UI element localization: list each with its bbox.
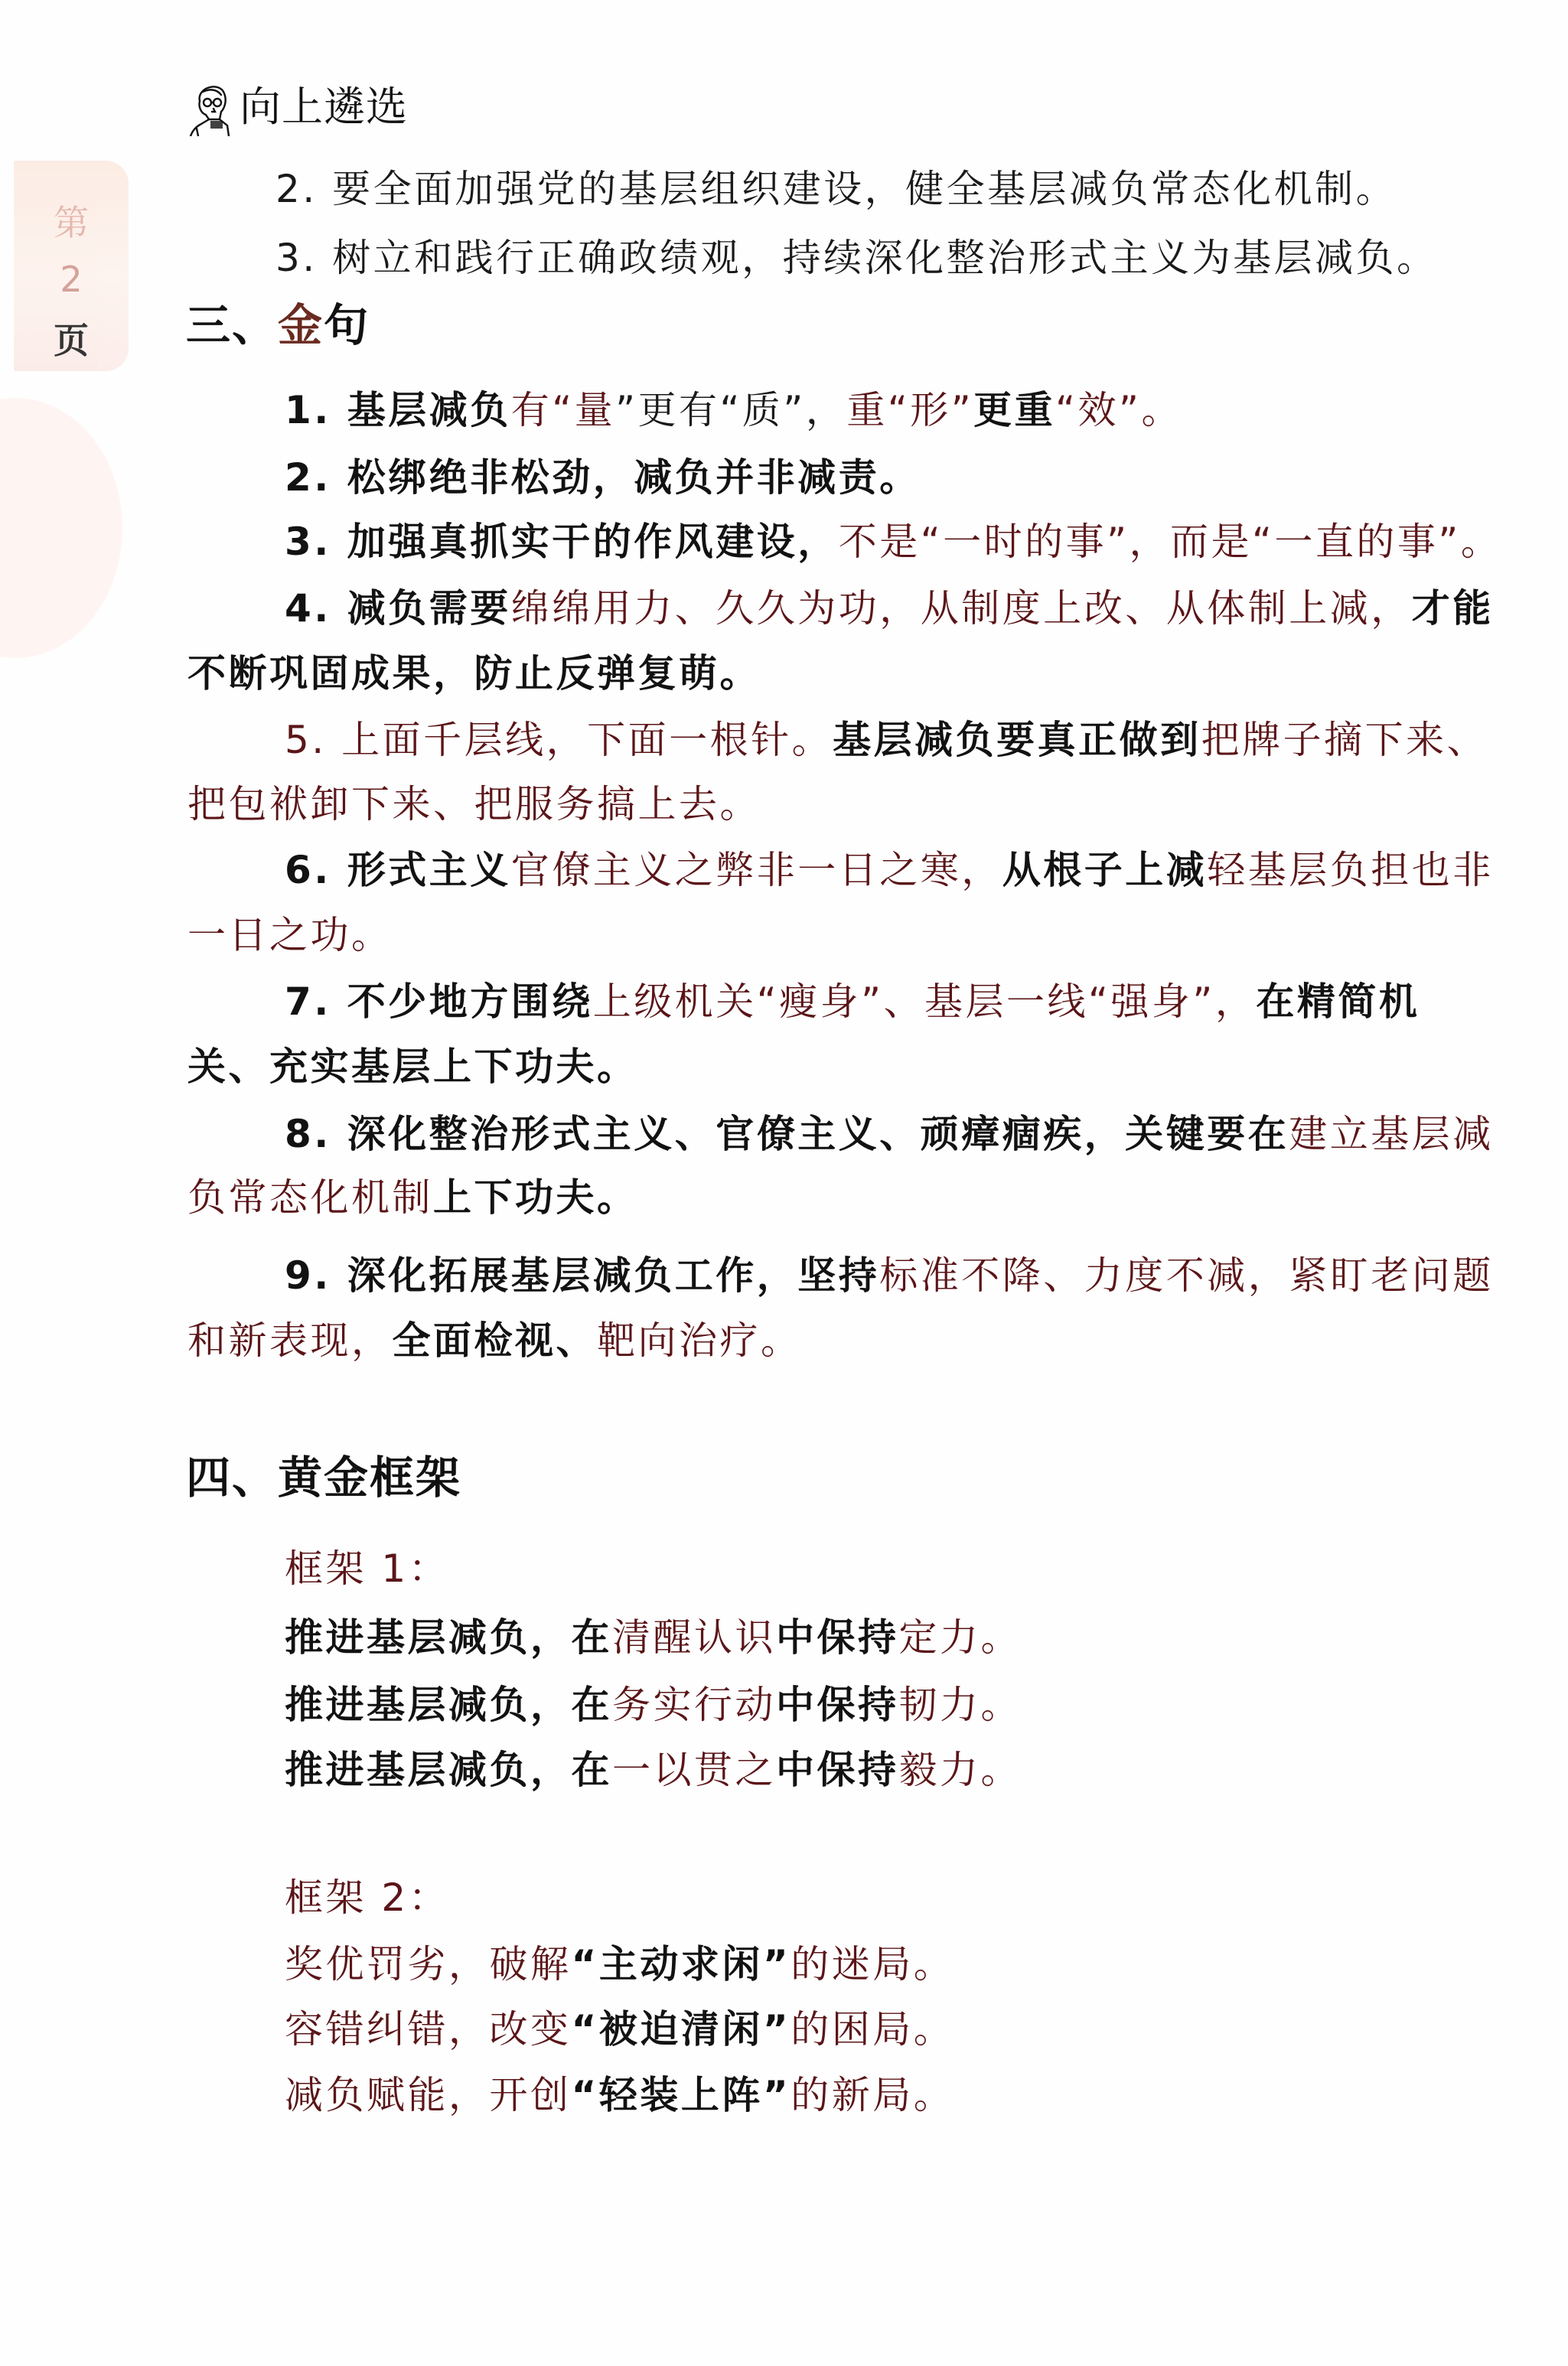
highlighted-text: 负常态化机制 (187, 1175, 433, 1220)
highlighted-text: 把包袱卸下来、把服务搞上去。 (187, 782, 761, 826)
text-segment: 推进基层减负，在 (285, 1683, 612, 1727)
highlighted-text: 的新局。 (791, 2073, 954, 2117)
text-segment: 2. 松绑绝非松劲，减负并非减责。 (285, 455, 921, 500)
text-segment: 全面检视、 (393, 1318, 598, 1363)
highlighted-text: 上级机关“瘦身”、基层一线“强身”， (593, 979, 1257, 1024)
golden-sentence-line: 7. 不少地方围绕上级机关“瘦身”、基层一线“强身”，在精简机 (285, 979, 1420, 1025)
golden-sentence-line: 2. 松绑绝非松劲，减负并非减责。 (285, 455, 921, 500)
highlighted-text: 容错纠错，改变 (285, 2007, 572, 2052)
text-segment: 9. 深化拓展基层减负工作，坚持 (285, 1253, 879, 1298)
intro-item: 3. 树立和践行正确政绩观，持续深化整治形式主义为基层减负。 (275, 235, 1438, 281)
page-number-tab: 第 2 页 (14, 161, 129, 371)
section-title-prefix: 三、 (186, 299, 278, 351)
section-title-golden-sentences: 三、金句 (186, 298, 370, 352)
text-segment: 更重 (973, 388, 1055, 432)
text-segment: “被迫清闲” (572, 2007, 791, 2052)
highlighted-text: “效”。 (1055, 388, 1182, 432)
text-segment: 8. 深化整治形式主义、官僚主义、顽瘴痼疾，关键要在 (285, 1112, 1289, 1156)
golden-sentence-line: 不断巩固成果，防止反弹复萌。 (187, 650, 761, 696)
golden-sentence-line: 把包袱卸下来、把服务搞上去。 (187, 781, 761, 827)
highlighted-text: 和新表现， (187, 1318, 393, 1363)
highlighted-text: 减负赋能，开创 (285, 2073, 572, 2117)
text-segment: 上下功夫。 (433, 1175, 638, 1220)
highlighted-text: 量 (575, 388, 616, 432)
highlighted-text: 紧盯老问题 (1289, 1253, 1494, 1298)
golden-sentence-line: 3. 加强真抓实干的作风建设，不是“一时的事”，而是“一直的事”。 (285, 519, 1501, 565)
intro-item: 2. 要全面加强党的基层组织建设，健全基层减负常态化机制。 (275, 166, 1397, 212)
highlighted-text: 重“形” (846, 388, 973, 432)
highlighted-text: 的困局。 (791, 2007, 954, 2052)
framework-label: 框架 2： (285, 1875, 449, 1921)
highlighted-text: 务实行动 (612, 1683, 776, 1727)
text-segment: “主动求闲” (572, 1942, 791, 1986)
text-segment: 推进基层减负，在 (285, 1748, 612, 1792)
framework-line: 推进基层减负，在务实行动中保持韧力。 (285, 1682, 1022, 1728)
text-segment: 3. 加强真抓实干的作风建设， (285, 520, 839, 564)
page-tab-number: 2 (14, 262, 129, 297)
section-title-golden-framework: 四、黄金框架 (186, 1451, 461, 1504)
golden-sentence-line: 1. 基层减负有“量”更有“质”，重“形”更重“效”。 (285, 387, 1182, 433)
page-tab-decoration (0, 398, 122, 658)
scholar-avatar-icon (186, 78, 235, 136)
highlighted-text: 奖优罚劣，破解 (285, 1942, 572, 1986)
text-segment: 2. 要全面加强党的基层组织建设，健全基层减负常态化机制。 (275, 167, 1397, 211)
highlighted-text: 定力。 (899, 1615, 1022, 1660)
golden-sentence-line: 5. 上面千层线，下面一根针。基层减负要真正做到把牌子摘下来、 (285, 717, 1488, 763)
highlighted-text: 不是“一时的事”，而是“一直的事”。 (839, 520, 1502, 564)
highlighted-text: 的迷局。 (791, 1942, 954, 1986)
highlighted-text: 清醒认识 (612, 1615, 776, 1660)
highlighted-text: 轻基层负担也非 (1207, 848, 1494, 892)
highlighted-text: 韧力。 (899, 1683, 1022, 1727)
text-segment: 中保持 (776, 1683, 899, 1727)
text-segment: ”更有“质”， (615, 388, 846, 432)
text-segment: 基层减负要真正做到 (833, 718, 1201, 762)
highlighted-text: 一日之功。 (187, 913, 393, 957)
page-tab-suffix: 页 (14, 323, 129, 358)
golden-sentence-line: 关、充实基层上下功夫。 (187, 1044, 638, 1090)
golden-sentence-line: 9. 深化拓展基层减负工作，坚持标准不降、力度不减，紧盯老问题 (285, 1253, 1494, 1299)
framework-label: 框架 1： (285, 1546, 449, 1592)
highlighted-text: 把牌子摘下来、 (1201, 718, 1488, 762)
page-tab-prefix: 第 (14, 205, 129, 240)
text-segment: 从根子上减 (1002, 848, 1208, 892)
golden-sentence-line: 和新表现，全面检视、靶向治疗。 (187, 1318, 802, 1364)
text-segment: 中保持 (776, 1748, 899, 1792)
highlighted-text: 绵绵用力、久久为功，从制度上改、从体制上减， (511, 586, 1412, 631)
text-segment: 中保持 (776, 1615, 899, 1660)
section-header: 向上遴选 (186, 77, 408, 138)
framework-line: 奖优罚劣，破解“主动求闲”的迷局。 (285, 1941, 954, 1987)
golden-sentence-line: 8. 深化整治形式主义、官僚主义、顽瘴痼疾，关键要在建立基层减 (285, 1111, 1494, 1157)
section-title-accent: 金 (278, 299, 324, 351)
golden-sentence-line: 负常态化机制上下功夫。 (187, 1175, 638, 1220)
text-segment: 推进基层减负，在 (285, 1615, 612, 1660)
text-segment: 关、充实基层上下功夫。 (187, 1044, 638, 1089)
highlighted-text: 有“ (511, 388, 575, 432)
highlighted-text: 靶向治疗。 (597, 1318, 802, 1363)
highlighted-text: 官僚主义之弊非一日之寒， (511, 848, 1002, 892)
text-segment: 不断巩固成果，防止反弹复萌。 (187, 651, 761, 696)
highlighted-text: 毅力。 (899, 1748, 1022, 1792)
text-segment: 4. 减负需要 (285, 586, 511, 631)
section-title-suffix: 句 (324, 299, 370, 351)
highlighted-text: 标准不降、力度不减， (879, 1253, 1289, 1298)
text-segment: 1. 基层减负 (285, 388, 511, 432)
golden-sentence-line: 一日之功。 (187, 912, 393, 958)
framework-line: 推进基层减负，在清醒认识中保持定力。 (285, 1615, 1022, 1660)
text-segment: 3. 树立和践行正确政绩观，持续深化整治形式主义为基层减负。 (275, 236, 1438, 280)
golden-sentence-line: 6. 形式主义官僚主义之弊非一日之寒，从根子上减轻基层负担也非 (285, 847, 1494, 893)
header-title: 向上遴选 (240, 86, 408, 128)
highlighted-text: 5. 上面千层线，下面一根针。 (285, 718, 833, 762)
text-segment: 在精简机 (1256, 979, 1420, 1024)
framework-line: 推进基层减负，在一以贯之中保持毅力。 (285, 1747, 1022, 1793)
highlighted-text: 一以贯之 (612, 1748, 776, 1792)
framework-line: 容错纠错，改变“被迫清闲”的困局。 (285, 2006, 954, 2052)
text-segment: 才能 (1412, 586, 1494, 631)
text-segment: 6. 形式主义 (285, 848, 511, 892)
text-segment: 7. 不少地方围绕 (285, 979, 593, 1024)
golden-sentence-line: 4. 减负需要绵绵用力、久久为功，从制度上改、从体制上减，才能 (285, 585, 1494, 631)
highlighted-text: 建立基层减 (1289, 1112, 1494, 1156)
framework-line: 减负赋能，开创“轻装上阵”的新局。 (285, 2072, 954, 2118)
text-segment: “轻装上阵” (572, 2073, 791, 2117)
